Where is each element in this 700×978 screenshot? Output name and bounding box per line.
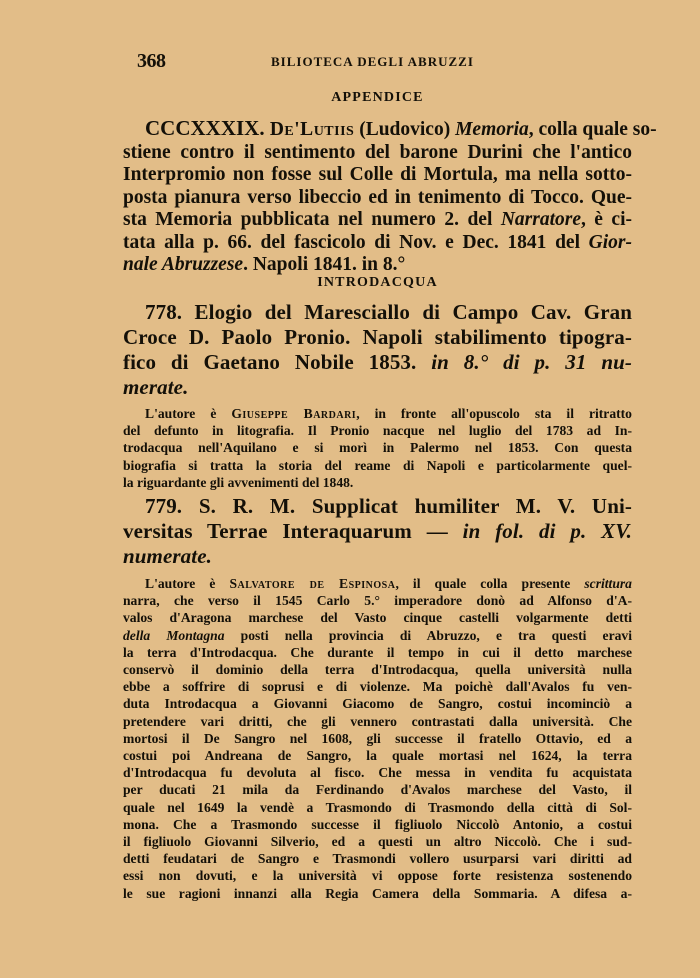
- text-line: 779. S. R. M. Supplicat humiliter M. V. …: [123, 494, 632, 519]
- text-line: la terra d'Introdacqua. Che durante il t…: [123, 644, 632, 661]
- title-italic: Narratore: [501, 209, 581, 230]
- text-line: sta Memoria pubblicata nel numero 2. del…: [123, 209, 632, 232]
- text-line: la riguardante gli avvenimenti del 1848.: [123, 474, 632, 491]
- author-name: Giuseppe Bardari: [231, 406, 356, 421]
- text-line: posta pianura verso libeccio ed in tenim…: [123, 187, 632, 210]
- text-run: (Ludovico): [354, 119, 455, 140]
- text-line: 778. Elogio del Maresciallo di Campo Cav…: [123, 300, 632, 325]
- text-line: per ducati 21 mila da Ferdinando d'Avalo…: [123, 781, 632, 798]
- text-line: mona. Che a Trasmondo successe il figliu…: [123, 816, 632, 833]
- text-line: il figliuolo Giovanni Silverio, ed a que…: [123, 833, 632, 850]
- text-line: CCCXXXIX. De'Lutiis (Ludovico) Memoria, …: [123, 117, 632, 142]
- text-italic: della Montagna: [123, 628, 225, 643]
- running-title: BILIOTECA DEGLI ABRUZZI: [271, 54, 474, 70]
- text-line: costui poi Andreana de Sangro, la quale …: [123, 747, 632, 764]
- text-line: quale nel 1649 la vendè a Trasmondo di T…: [123, 799, 632, 816]
- text-line: detti feudatari de Sangro e Trasmondi vo…: [123, 850, 632, 867]
- text-line: ebbe a soffrire di soprusi e di violenze…: [123, 678, 632, 695]
- text-line: duta Introdacqua a Giovanni Giacomo de S…: [123, 695, 632, 712]
- text-run: , colla quale so-: [529, 119, 657, 140]
- text-line: le sue ragioni innanzi alla Regia Camera…: [123, 885, 632, 902]
- appendice-entry: CCCXXXIX. De'Lutiis (Ludovico) Memoria, …: [123, 117, 632, 277]
- text-run: , è ci-: [581, 209, 632, 230]
- text-line: numerate.: [123, 544, 632, 569]
- format-italic: in fol. di p. XV.: [463, 519, 632, 543]
- text-run: , in fronte all'opuscolo sta il ritratto: [356, 406, 632, 421]
- text-run: L'autore è: [145, 576, 229, 591]
- title-italic: Memoria: [455, 119, 529, 140]
- text-line: versitas Terrae Interaquarum — in fol. d…: [123, 519, 632, 544]
- author-name: De'Lutiis: [270, 119, 354, 140]
- text-line: trodacqua nell'Aquilano e si morì in Pal…: [123, 439, 632, 456]
- text-line: mortosi il De Sangro nel 1608, gli succe…: [123, 730, 632, 747]
- text-line: del defunto in litografia. Il Pronio nac…: [123, 422, 632, 439]
- running-header: 368 BILIOTECA DEGLI ABRUZZI: [137, 50, 632, 74]
- entry-778-title: 778. Elogio del Maresciallo di Campo Cav…: [123, 300, 632, 400]
- text-line: della Montagna posti nella provincia di …: [123, 627, 632, 644]
- text-line: valos d'Aragona marchese del Vasto cinqu…: [123, 609, 632, 626]
- book-page: 368 BILIOTECA DEGLI ABRUZZI APPENDICE CC…: [0, 0, 700, 978]
- text-run: tata alla p. 66. del fascicolo di Nov. e…: [123, 232, 589, 253]
- text-run: . Napoli 1841. in 8.°: [243, 254, 405, 275]
- text-line: biografia si tratta la storia del reame …: [123, 457, 632, 474]
- text-line: essi non dovuti, e la università vi oppo…: [123, 867, 632, 884]
- text-run: , il quale colla presente: [395, 576, 584, 591]
- section-heading-introdacqua: INTRODACQUA: [123, 275, 632, 291]
- entry-779-note: L'autore è Salvatore de Espinosa, il qua…: [123, 575, 632, 902]
- text-line: L'autore è Giuseppe Bardari, in fronte a…: [123, 405, 632, 422]
- text-run: L'autore è: [145, 406, 231, 421]
- text-run: versitas Terrae Interaquarum —: [123, 519, 463, 543]
- text-line: nale Abruzzese. Napoli 1841. in 8.°: [123, 254, 632, 277]
- appendice-heading: APPENDICE: [123, 90, 632, 106]
- text-line: Interpromio non fosse sul Colle di Mortu…: [123, 164, 632, 187]
- text-line: d'Introdacqua fu devoluta al fisco. Che …: [123, 764, 632, 781]
- entry-number: CCCXXXIX.: [145, 116, 270, 140]
- text-line: L'autore è Salvatore de Espinosa, il qua…: [123, 575, 632, 592]
- author-name: Salvatore de Espinosa: [229, 576, 395, 591]
- page-number: 368: [137, 50, 166, 73]
- text-line: merate.: [123, 375, 632, 400]
- text-line: Croce D. Paolo Pronio. Napoli stabilimen…: [123, 325, 632, 350]
- title-italic: nale Abruzzese: [123, 254, 243, 275]
- text-run: posti nella provincia di Abruzzo, e tra …: [225, 628, 633, 643]
- format-italic: in 8.° di p. 31 nu-: [431, 350, 632, 374]
- text-italic: scrittura: [584, 576, 632, 591]
- text-line: tata alla p. 66. del fascicolo di Nov. e…: [123, 232, 632, 255]
- text-run: sta Memoria pubblicata nel numero 2. del: [123, 209, 501, 230]
- title-italic: Gior-: [589, 232, 632, 253]
- text-line: pretendere vari dritti, che gli vennero …: [123, 713, 632, 730]
- text-line: stiene contro il sentimento del barone D…: [123, 142, 632, 165]
- text-run: fico di Gaetano Nobile 1853.: [123, 350, 431, 374]
- entry-779-title: 779. S. R. M. Supplicat humiliter M. V. …: [123, 494, 632, 569]
- text-line: conservò il dominio della terra d'Introd…: [123, 661, 632, 678]
- text-line: fico di Gaetano Nobile 1853. in 8.° di p…: [123, 350, 632, 375]
- text-line: narra, che verso il 1545 Carlo 5.° imper…: [123, 592, 632, 609]
- entry-778-note: L'autore è Giuseppe Bardari, in fronte a…: [123, 405, 632, 491]
